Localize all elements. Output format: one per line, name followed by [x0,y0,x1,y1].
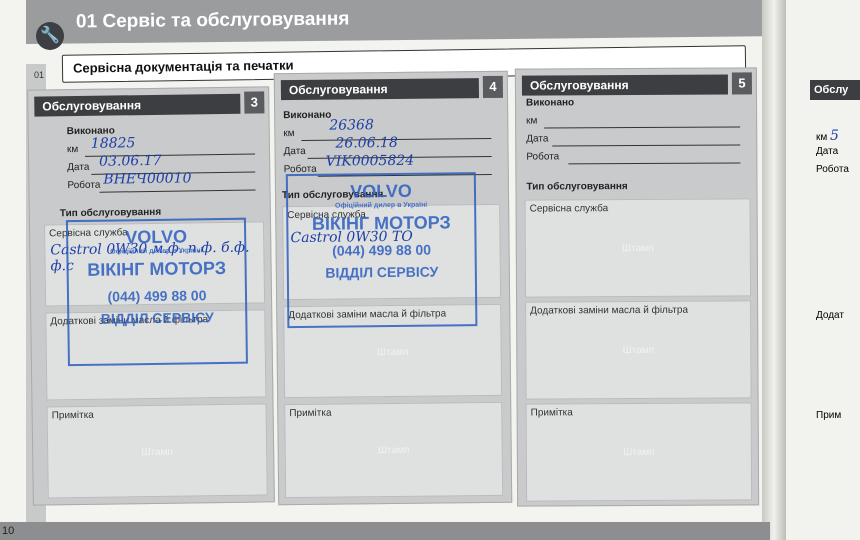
card-number: 5 [732,72,752,94]
maintenance-card-4: Обслуговування 4 Виконано км 26368 Дата … [274,71,513,505]
side-tab-number: 01 [34,70,44,80]
done-label: Виконано [283,110,331,122]
right-oil: Додат [816,310,844,321]
maintenance-card-5: Обслуговування 5 Виконано км Дата Робота… [515,67,759,506]
service-type-label: Тип обслуговування [60,207,161,219]
km-label: км [526,116,537,127]
work-value: VIK0005824 [326,153,415,170]
note-box: ПриміткаШтамп [47,403,268,498]
km-label: км [67,144,78,155]
wrench-icon: 🔧 [36,22,64,50]
work-label: Робота [526,151,559,162]
bottom-bar [0,522,770,540]
right-date: Дата [816,146,838,157]
card-number: 3 [244,91,264,113]
work-value: ВНЕЧ00010 [103,170,191,187]
right-card-title: Обслу [810,80,860,100]
card-number: 4 [483,76,503,98]
section-title: 01 Сервіс та обслуговування [76,9,350,34]
km-value: 18825 [91,135,136,152]
oil-filter-box: Додаткові заміни масла й фільтраШтамп [525,300,752,399]
booklet-spine [762,0,786,540]
right-note: Прим [816,410,841,421]
work-label: Робота [67,180,100,191]
note-box: ПриміткаШтамп [284,402,503,498]
card-title: Обслуговування [281,78,479,100]
dealer-stamp: VOLVO Офіційний дилер в Україні ВІКІНГ М… [286,172,478,328]
right-work: Робота [816,164,849,175]
page-number: 10 [2,525,14,537]
date-value: 03.06.17 [99,153,162,170]
date-value: 26.06.18 [335,135,398,152]
service-dept-box: Сервісна службаШтамп [525,198,752,297]
dealer-stamp: VOLVO Офіційний дилер в Україні ВІКІНГ М… [66,218,248,366]
maintenance-card-3: Обслуговування 3 Виконано км 18825 Дата … [27,86,275,505]
subheader-title: Сервісна документація та печатки [73,58,294,76]
date-label: Дата [284,146,306,157]
km-label: км [283,128,294,139]
right-page: Обслу км 5 Дата Робота Додат Прим [786,0,860,540]
date-label: Дата [67,162,89,173]
done-label: Виконано [526,97,574,108]
service-type-label: Тип обслуговування [526,181,627,193]
card-title: Обслуговування [522,75,728,96]
right-km: км 5 [816,128,839,144]
km-value: 26368 [329,117,374,133]
card-title: Обслуговування [34,94,240,117]
date-label: Дата [526,133,548,144]
note-box: ПриміткаШтамп [526,402,753,501]
